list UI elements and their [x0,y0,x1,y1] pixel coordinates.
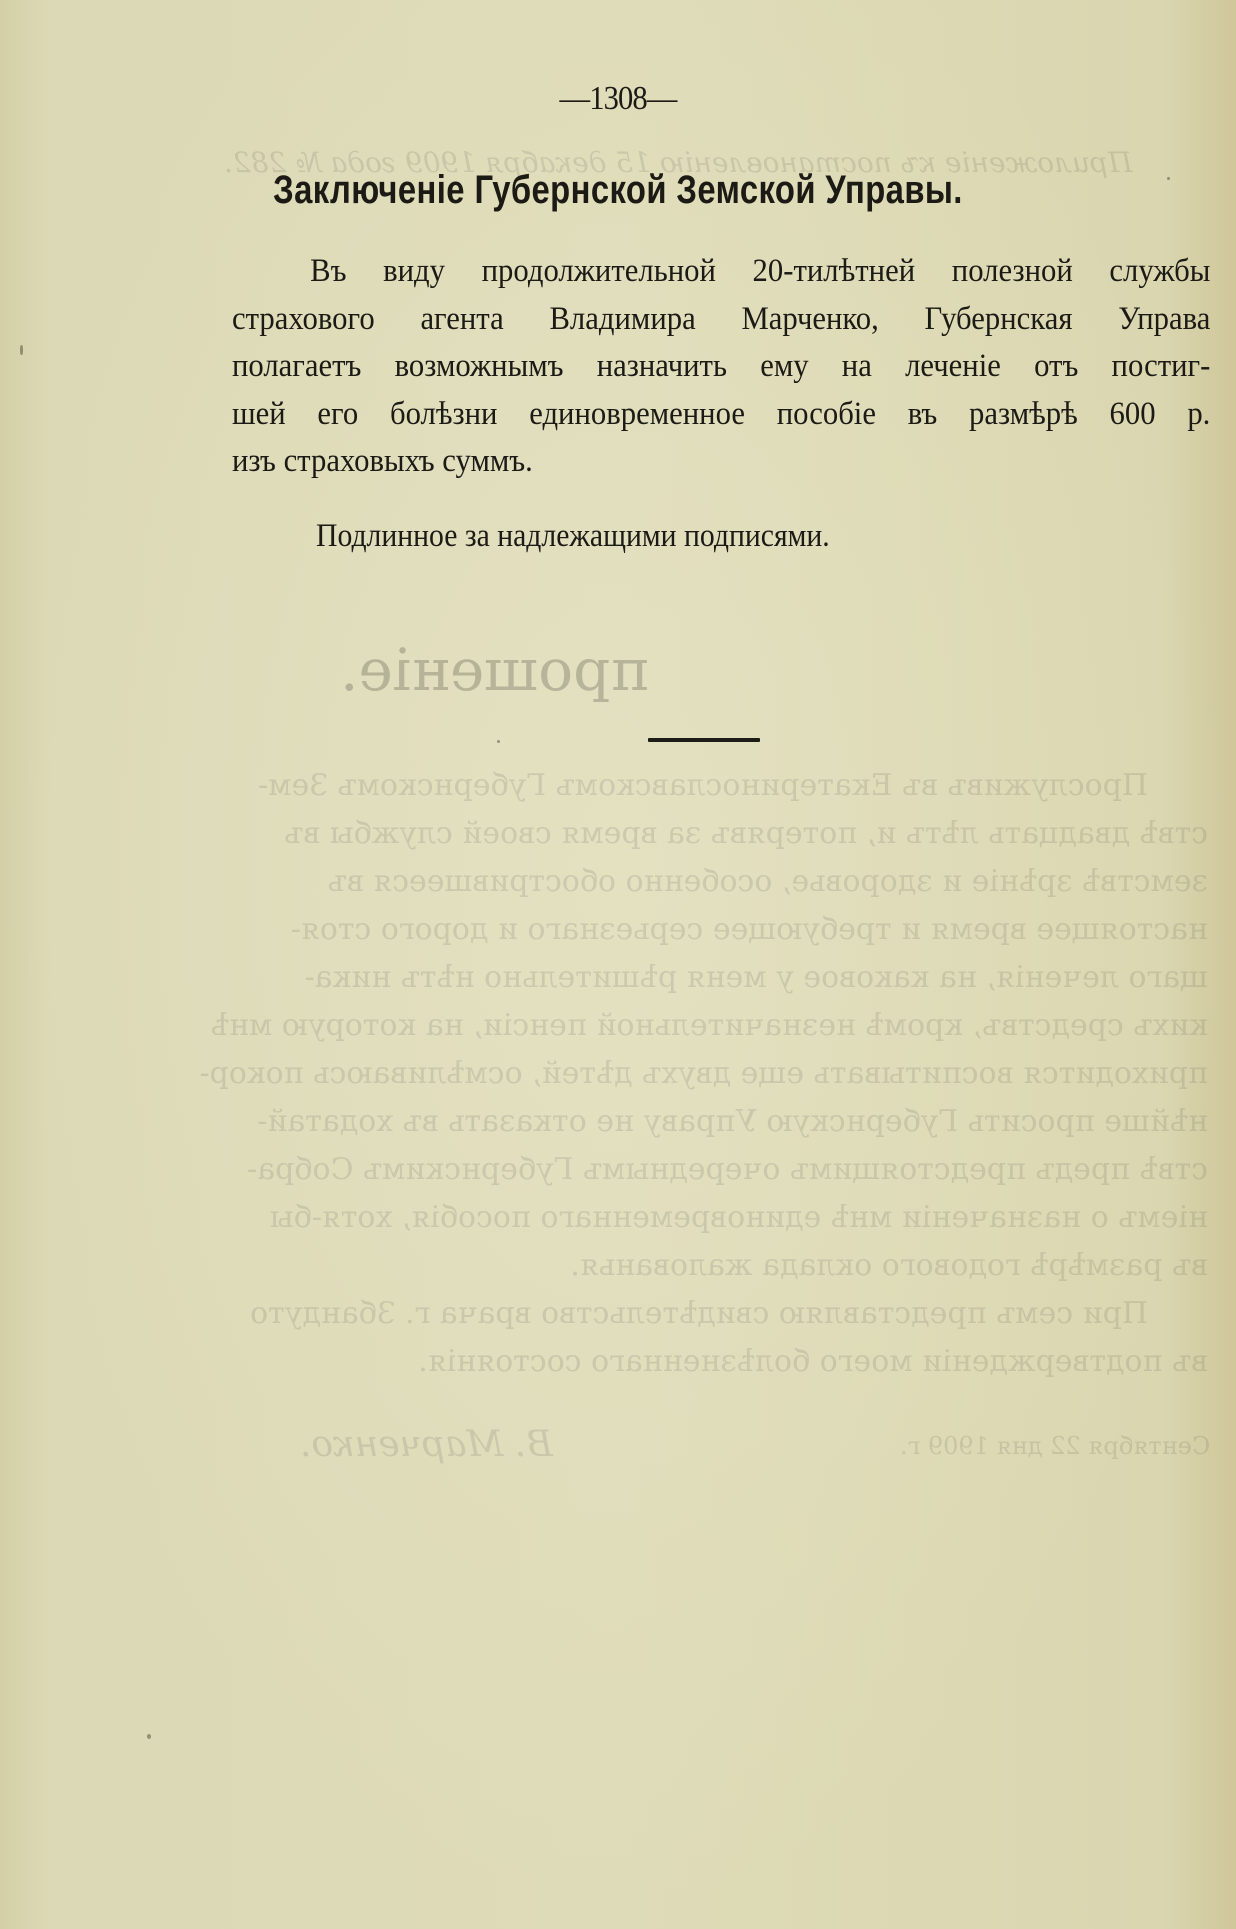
separator-rule [648,738,760,742]
bleed-line: ствѣ двадцать лѣтъ и, потерявъ за время … [228,810,1208,858]
signature-note: Подлинное за надлежащими подписями. [316,518,830,555]
bleed-through-date: Сентября 22 дня 1909 г. [900,1432,1210,1460]
bleed-line: ніемъ о назначеніи мнѣ единовременнаго п… [228,1194,1208,1242]
bleed-line: въ подтвержденіи моего болѣзненнаго сост… [228,1338,1208,1386]
bleed-line: При семъ представляю свидѣтельство врача… [228,1290,1208,1338]
bleed-line: ствѣ предъ предстоящимъ очереднымъ Губер… [228,1146,1208,1194]
paper-speck [20,345,23,355]
bleed-line: кихъ средствъ, кромѣ незначительной пенс… [228,1002,1208,1050]
paragraph-line: Въ виду продолжительной 20-тилѣтней поле… [232,248,1210,296]
bleed-line: приходится воспитывать еще двухъ дѣтей, … [228,1050,1208,1098]
conclusion-paragraph: Въ виду продолжительной 20-тилѣтней поле… [232,248,1210,486]
paper-speck [147,1734,151,1739]
document-page: Приложеніе къ постановленію 15 декабря 1… [0,0,1236,1929]
bleed-line: настоящее время и требующее серьезнаго и… [228,906,1208,954]
bleed-line: Прослуживъ въ Екатеринославскомъ Губернс… [228,762,1208,810]
bleed-through-text-block: Прослуживъ въ Екатеринославскомъ Губернс… [228,762,1208,1386]
paragraph-line: шей его болѣзни единовременное пособіе в… [232,391,1210,439]
bleed-line: земствѣ зрѣніе и здоровье, особенно обос… [228,858,1208,906]
bleed-through-heading: прошеніе. [340,636,649,704]
bleed-line: въ размѣрѣ годового оклада жалованья. [228,1242,1208,1290]
bleed-through-signature: В. Марченко. [300,1424,553,1465]
paragraph-line: изъ страховыхъ суммъ. [232,438,1210,486]
bleed-line: нѣйше просить Губернскую Управу не отказ… [228,1098,1208,1146]
document-title: Заключеніе Губернской Земской Управы. [111,168,1125,213]
bleed-line: щаго леченія, на каковое у меня рѣшитель… [228,954,1208,1002]
paragraph-line: полагаетъ возможнымъ назначить ему на ле… [232,343,1210,391]
paper-speck [1167,177,1170,180]
paragraph-line: страхового агента Владимира Марченко, Гу… [232,296,1210,344]
paper-speck [497,740,500,743]
page-number: —1308— [62,80,1174,118]
